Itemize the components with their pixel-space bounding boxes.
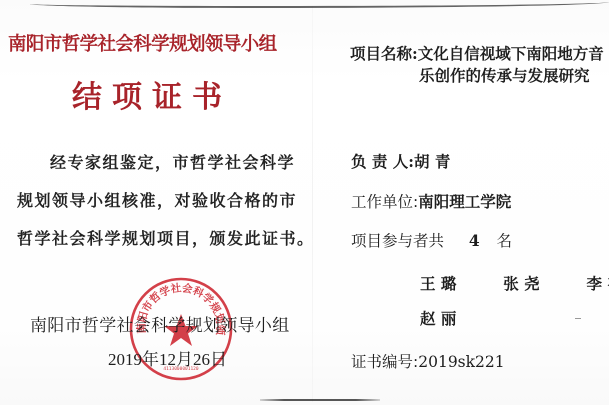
stray-mark xyxy=(575,318,581,319)
members-row-2: 赵 丽 xyxy=(420,307,456,329)
work-unit-row: 工作单位:南阳理工学院 xyxy=(351,190,511,212)
member-name: 赵 丽 xyxy=(420,309,456,328)
members-row-1: 王 璐 张 尧 李 存 xyxy=(420,272,609,294)
issue-date: 2019年12月26日 xyxy=(108,345,227,370)
certificate-page: 南阳市哲学社会科学规划领导小组 结项证书 经专家组鉴定，市哲学社会科学 规划领导… xyxy=(0,0,609,405)
participants-label: 项目参与者共 xyxy=(351,232,444,250)
certificate-body: 经专家组鉴定，市哲学社会科学 规划领导小组核准，对验收合格的市 哲学社会科学规划… xyxy=(17,144,297,258)
project-name-label: 项目名称: xyxy=(350,44,418,63)
paper-bottom-edge xyxy=(260,399,380,401)
certificate-number-row: 证书编号:2019sk221 xyxy=(351,350,505,372)
paper-top-edge xyxy=(30,0,609,8)
issuer-name: 南阳市哲学社会科学规划领导小组 xyxy=(30,311,290,336)
leader-label: 负 责 人: xyxy=(351,152,414,171)
participants-count: 4 xyxy=(469,231,480,250)
member-name: 张 尧 xyxy=(503,274,539,293)
member-name: 王 璐 xyxy=(420,274,456,293)
certificate-number-label: 证书编号: xyxy=(351,353,418,371)
center-fold-line xyxy=(312,6,313,402)
work-unit-label: 工作单位: xyxy=(351,193,418,211)
work-unit-value: 南阳理工学院 xyxy=(418,192,511,211)
member-name: 李 存 xyxy=(586,274,609,293)
certificate-number-value: 2019sk221 xyxy=(418,353,504,371)
leader-value: 胡 青 xyxy=(414,152,450,171)
project-name-value: 文化自信视域下南阳地方音 xyxy=(418,44,604,63)
project-name-row: 项目名称:文化自信视域下南阳地方音 xyxy=(350,42,604,64)
body-line-1: 经专家组鉴定，市哲学社会科学 xyxy=(17,144,297,182)
participants-unit: 名 xyxy=(496,232,512,250)
body-line-2: 规划领导小组核准，对验收合格的市 xyxy=(17,182,297,220)
body-line-3: 哲学社会科学规划项目，颁发此证书。 xyxy=(17,220,297,258)
org-title: 南阳市哲学社会科学规划领导小组 xyxy=(8,30,288,56)
certificate-title: 结项证书 xyxy=(72,72,242,116)
participants-row: 项目参与者共 4 名 xyxy=(351,229,512,251)
leader-row: 负 责 人:胡 青 xyxy=(351,150,450,172)
project-name-continuation: 乐创作的传承与发展研究 xyxy=(419,64,590,86)
